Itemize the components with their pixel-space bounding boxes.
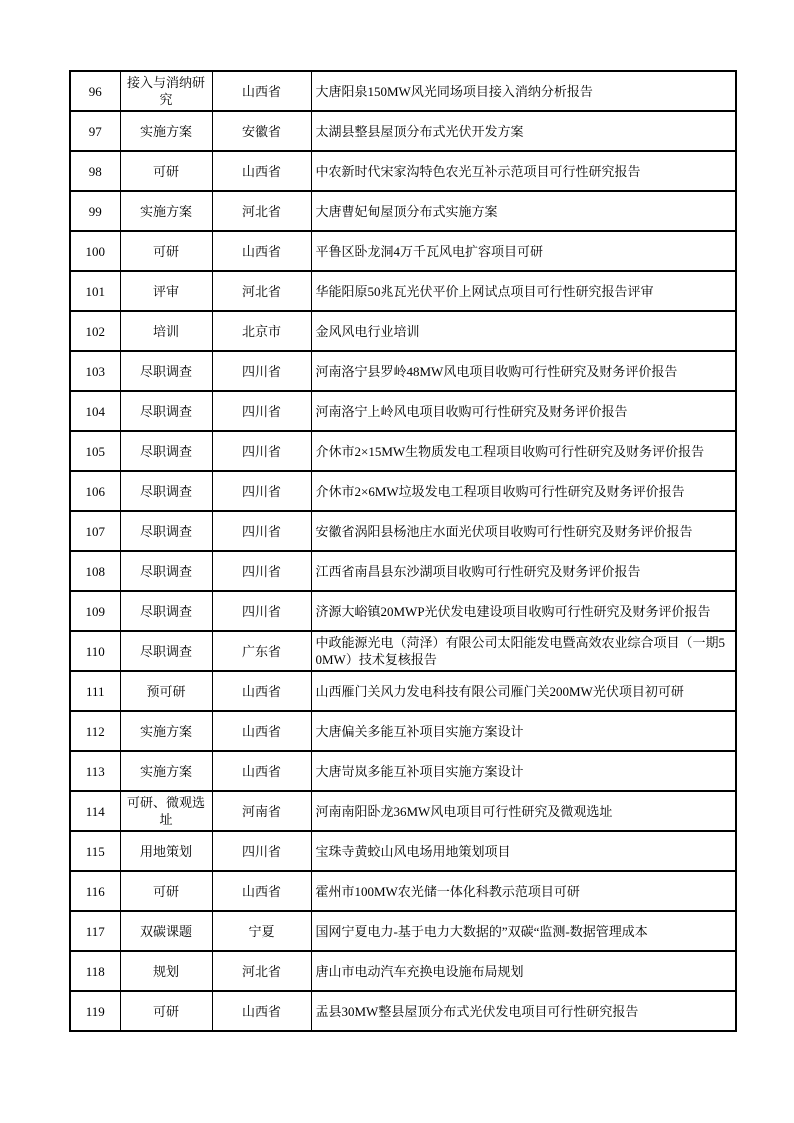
- project-title-cell: 盂县30MW整县屋顶分布式光伏发电项目可行性研究报告: [311, 991, 736, 1031]
- project-title-cell: 唐山市电动汽车充换电设施布局规划: [311, 951, 736, 991]
- table-row: 106 尽职调查 四川省 介休市2×6MW垃圾发电工程项目收购可行性研究及财务评…: [70, 471, 736, 511]
- row-number-cell: 109: [70, 591, 120, 631]
- project-type-cell: 接入与消纳研究: [120, 71, 212, 111]
- table-row: 99 实施方案 河北省 大唐曹妃甸屋顶分布式实施方案: [70, 191, 736, 231]
- row-number-cell: 96: [70, 71, 120, 111]
- project-type-cell: 尽职调查: [120, 631, 212, 671]
- project-type-cell: 尽职调查: [120, 591, 212, 631]
- project-type-cell: 尽职调查: [120, 471, 212, 511]
- project-type-cell: 尽职调查: [120, 351, 212, 391]
- project-type-cell: 可研: [120, 231, 212, 271]
- table-row: 102 培训 北京市 金风风电行业培训: [70, 311, 736, 351]
- project-title-cell: 中政能源光电（菏泽）有限公司太阳能发电暨高效农业综合项目（一期50MW）技术复核…: [311, 631, 736, 671]
- table-row: 105 尽职调查 四川省 介休市2×15MW生物质发电工程项目收购可行性研究及财…: [70, 431, 736, 471]
- province-cell: 山西省: [212, 991, 311, 1031]
- province-cell: 河北省: [212, 271, 311, 311]
- table-row: 118 规划 河北省 唐山市电动汽车充换电设施布局规划: [70, 951, 736, 991]
- table-row: 98 可研 山西省 中农新时代宋家沟特色农光互补示范项目可行性研究报告: [70, 151, 736, 191]
- province-cell: 四川省: [212, 551, 311, 591]
- project-title-cell: 山西雁门关风力发电科技有限公司雁门关200MW光伏项目初可研: [311, 671, 736, 711]
- province-cell: 四川省: [212, 511, 311, 551]
- province-cell: 河北省: [212, 191, 311, 231]
- project-type-cell: 实施方案: [120, 711, 212, 751]
- project-type-cell: 尽职调查: [120, 511, 212, 551]
- project-title-cell: 霍州市100MW农光储一体化科教示范项目可研: [311, 871, 736, 911]
- project-title-cell: 大唐岢岚多能互补项目实施方案设计: [311, 751, 736, 791]
- province-cell: 山西省: [212, 711, 311, 751]
- province-cell: 四川省: [212, 831, 311, 871]
- row-number-cell: 110: [70, 631, 120, 671]
- province-cell: 河北省: [212, 951, 311, 991]
- row-number-cell: 97: [70, 111, 120, 151]
- table-row: 114 可研、微观选址 河南省 河南南阳卧龙36MW风电项目可行性研究及微观选址: [70, 791, 736, 831]
- project-type-cell: 尽职调查: [120, 391, 212, 431]
- row-number-cell: 116: [70, 871, 120, 911]
- project-title-cell: 济源大峪镇20MWP光伏发电建设项目收购可行性研究及财务评价报告: [311, 591, 736, 631]
- row-number-cell: 98: [70, 151, 120, 191]
- row-number-cell: 99: [70, 191, 120, 231]
- project-title-cell: 河南洛宁县罗岭48MW风电项目收购可行性研究及财务评价报告: [311, 351, 736, 391]
- province-cell: 山西省: [212, 751, 311, 791]
- project-title-cell: 江西省南昌县东沙湖项目收购可行性研究及财务评价报告: [311, 551, 736, 591]
- row-number-cell: 113: [70, 751, 120, 791]
- row-number-cell: 101: [70, 271, 120, 311]
- project-title-cell: 金风风电行业培训: [311, 311, 736, 351]
- project-title-cell: 介休市2×6MW垃圾发电工程项目收购可行性研究及财务评价报告: [311, 471, 736, 511]
- table-row: 110 尽职调查 广东省 中政能源光电（菏泽）有限公司太阳能发电暨高效农业综合项…: [70, 631, 736, 671]
- table-row: 116 可研 山西省 霍州市100MW农光储一体化科教示范项目可研: [70, 871, 736, 911]
- table-row: 96 接入与消纳研究 山西省 大唐阳泉150MW风光同场项目接入消纳分析报告: [70, 71, 736, 111]
- province-cell: 山西省: [212, 671, 311, 711]
- project-title-cell: 太湖县整县屋顶分布式光伏开发方案: [311, 111, 736, 151]
- table-row: 101 评审 河北省 华能阳原50兆瓦光伏平价上网试点项目可行性研究报告评审: [70, 271, 736, 311]
- project-title-cell: 河南洛宁上岭风电项目收购可行性研究及财务评价报告: [311, 391, 736, 431]
- table-row: 119 可研 山西省 盂县30MW整县屋顶分布式光伏发电项目可行性研究报告: [70, 991, 736, 1031]
- province-cell: 安徽省: [212, 111, 311, 151]
- table-row: 104 尽职调查 四川省 河南洛宁上岭风电项目收购可行性研究及财务评价报告: [70, 391, 736, 431]
- project-type-cell: 培训: [120, 311, 212, 351]
- province-cell: 四川省: [212, 591, 311, 631]
- province-cell: 四川省: [212, 431, 311, 471]
- row-number-cell: 119: [70, 991, 120, 1031]
- project-title-cell: 宝珠寺黄蛟山风电场用地策划项目: [311, 831, 736, 871]
- project-type-cell: 尽职调查: [120, 431, 212, 471]
- project-type-cell: 评审: [120, 271, 212, 311]
- table-row: 97 实施方案 安徽省 太湖县整县屋顶分布式光伏开发方案: [70, 111, 736, 151]
- project-type-cell: 实施方案: [120, 751, 212, 791]
- province-cell: 四川省: [212, 471, 311, 511]
- project-title-cell: 华能阳原50兆瓦光伏平价上网试点项目可行性研究报告评审: [311, 271, 736, 311]
- project-title-cell: 大唐曹妃甸屋顶分布式实施方案: [311, 191, 736, 231]
- project-title-cell: 介休市2×15MW生物质发电工程项目收购可行性研究及财务评价报告: [311, 431, 736, 471]
- project-type-cell: 预可研: [120, 671, 212, 711]
- table-row: 115 用地策划 四川省 宝珠寺黄蛟山风电场用地策划项目: [70, 831, 736, 871]
- province-cell: 广东省: [212, 631, 311, 671]
- row-number-cell: 111: [70, 671, 120, 711]
- row-number-cell: 114: [70, 791, 120, 831]
- row-number-cell: 105: [70, 431, 120, 471]
- table-row: 100 可研 山西省 平鲁区卧龙洞4万千瓦风电扩容项目可研: [70, 231, 736, 271]
- table-row: 108 尽职调查 四川省 江西省南昌县东沙湖项目收购可行性研究及财务评价报告: [70, 551, 736, 591]
- row-number-cell: 118: [70, 951, 120, 991]
- project-list-table: 96 接入与消纳研究 山西省 大唐阳泉150MW风光同场项目接入消纳分析报告 9…: [69, 70, 737, 1032]
- project-title-cell: 安徽省涡阳县杨池庄水面光伏项目收购可行性研究及财务评价报告: [311, 511, 736, 551]
- project-type-cell: 尽职调查: [120, 551, 212, 591]
- project-type-cell: 用地策划: [120, 831, 212, 871]
- row-number-cell: 115: [70, 831, 120, 871]
- project-title-cell: 大唐阳泉150MW风光同场项目接入消纳分析报告: [311, 71, 736, 111]
- project-type-cell: 可研: [120, 151, 212, 191]
- province-cell: 四川省: [212, 391, 311, 431]
- project-title-cell: 中农新时代宋家沟特色农光互补示范项目可行性研究报告: [311, 151, 736, 191]
- table-row: 111 预可研 山西省 山西雁门关风力发电科技有限公司雁门关200MW光伏项目初…: [70, 671, 736, 711]
- project-type-cell: 实施方案: [120, 111, 212, 151]
- project-title-cell: 平鲁区卧龙洞4万千瓦风电扩容项目可研: [311, 231, 736, 271]
- row-number-cell: 100: [70, 231, 120, 271]
- row-number-cell: 104: [70, 391, 120, 431]
- project-title-cell: 大唐偏关多能互补项目实施方案设计: [311, 711, 736, 751]
- province-cell: 河南省: [212, 791, 311, 831]
- table-row: 113 实施方案 山西省 大唐岢岚多能互补项目实施方案设计: [70, 751, 736, 791]
- table-row: 112 实施方案 山西省 大唐偏关多能互补项目实施方案设计: [70, 711, 736, 751]
- project-title-cell: 国网宁夏电力-基于电力大数据的”双碳“监测-数据管理成本: [311, 911, 736, 951]
- province-cell: 山西省: [212, 871, 311, 911]
- province-cell: 北京市: [212, 311, 311, 351]
- province-cell: 山西省: [212, 231, 311, 271]
- province-cell: 宁夏: [212, 911, 311, 951]
- project-type-cell: 可研、微观选址: [120, 791, 212, 831]
- province-cell: 山西省: [212, 71, 311, 111]
- project-type-cell: 实施方案: [120, 191, 212, 231]
- project-type-cell: 可研: [120, 871, 212, 911]
- province-cell: 山西省: [212, 151, 311, 191]
- table-row: 109 尽职调查 四川省 济源大峪镇20MWP光伏发电建设项目收购可行性研究及财…: [70, 591, 736, 631]
- project-type-cell: 规划: [120, 951, 212, 991]
- row-number-cell: 117: [70, 911, 120, 951]
- row-number-cell: 106: [70, 471, 120, 511]
- project-type-cell: 双碳课题: [120, 911, 212, 951]
- table-row: 103 尽职调查 四川省 河南洛宁县罗岭48MW风电项目收购可行性研究及财务评价…: [70, 351, 736, 391]
- row-number-cell: 107: [70, 511, 120, 551]
- project-table-body: 96 接入与消纳研究 山西省 大唐阳泉150MW风光同场项目接入消纳分析报告 9…: [70, 71, 736, 1031]
- project-title-cell: 河南南阳卧龙36MW风电项目可行性研究及微观选址: [311, 791, 736, 831]
- row-number-cell: 103: [70, 351, 120, 391]
- province-cell: 四川省: [212, 351, 311, 391]
- table-row: 107 尽职调查 四川省 安徽省涡阳县杨池庄水面光伏项目收购可行性研究及财务评价…: [70, 511, 736, 551]
- row-number-cell: 112: [70, 711, 120, 751]
- project-type-cell: 可研: [120, 991, 212, 1031]
- document-page: 96 接入与消纳研究 山西省 大唐阳泉150MW风光同场项目接入消纳分析报告 9…: [0, 0, 794, 1123]
- row-number-cell: 108: [70, 551, 120, 591]
- row-number-cell: 102: [70, 311, 120, 351]
- table-row: 117 双碳课题 宁夏 国网宁夏电力-基于电力大数据的”双碳“监测-数据管理成本: [70, 911, 736, 951]
